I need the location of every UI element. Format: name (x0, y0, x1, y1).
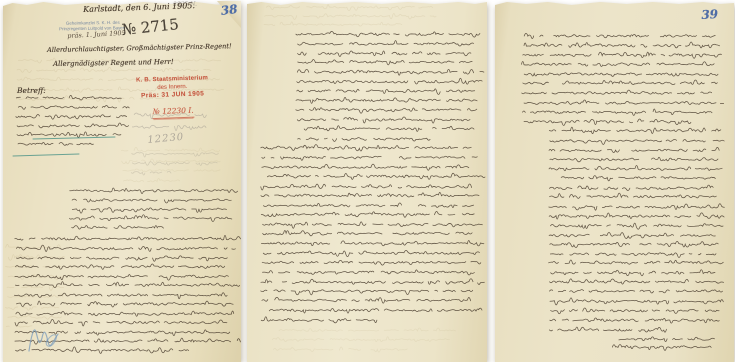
ministry-stamp-date: Präs: 31 JUN 1905 (128, 90, 218, 101)
paper-sheet (247, 1, 487, 362)
page-middle (247, 1, 487, 362)
folio-number: 39 (701, 7, 718, 22)
page-right: 39 (495, 1, 734, 362)
folio-number: 38 (220, 2, 238, 18)
ministry-receipt-stamp: K. B. Staatsministerium des Innern. Präs… (127, 75, 218, 121)
page-left: 2835 N. Karlstadt, den 6. Juni 1905. 38 … (3, 1, 241, 362)
paper-sheet (3, 1, 241, 362)
betreff-label: Betreff: (17, 86, 46, 95)
document-scan: 2835 N. Karlstadt, den 6. Juni 1905. 38 … (0, 0, 735, 362)
ministry-stamp-number: № 12230 I. (152, 106, 193, 119)
paper-sheet (495, 1, 734, 362)
